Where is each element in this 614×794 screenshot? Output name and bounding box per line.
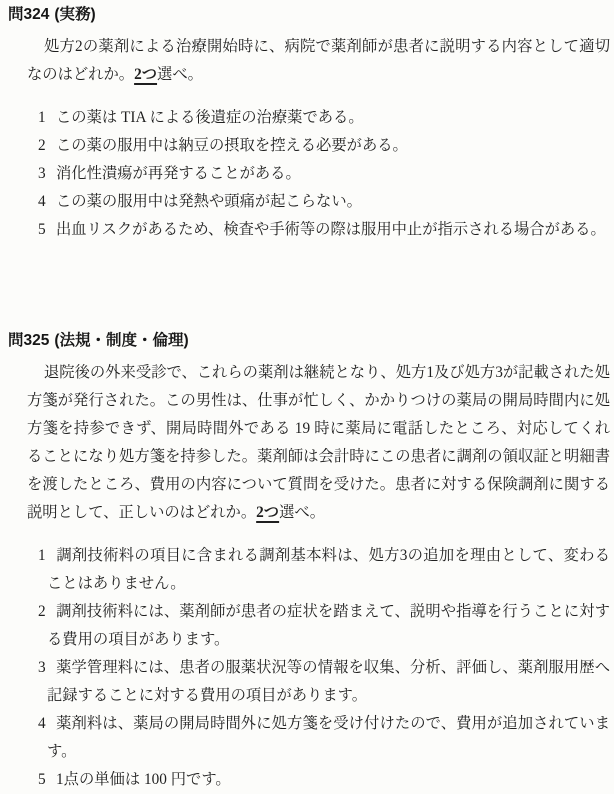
question-325-header: 問325(法規・制度・倫理) — [8, 330, 610, 352]
option-number: 4 — [38, 188, 56, 216]
question-body-tail: 選べ。 — [279, 504, 325, 521]
option-row: 51点の単価は 100 円です。 — [8, 766, 610, 794]
question-324-body: 処方2の薬剤による治療開始時に、病院で薬剤師が患者に説明する内容として適切なのは… — [27, 33, 610, 89]
option-number: 4 — [38, 710, 56, 738]
option-row: 4この薬の服用中は発熱や頭痛が起こらない。 — [8, 188, 610, 216]
question-325-options: 1調剤技術料の項目に含まれる調剤基本料は、処方3の追加を理由として、変わることは… — [8, 542, 610, 794]
option-row: 1調剤技術料の項目に含まれる調剤基本料は、処方3の追加を理由として、変わることは… — [8, 542, 610, 598]
option-number: 5 — [38, 216, 56, 244]
select-two-emphasis: 2つ — [256, 504, 279, 521]
question-324: 問324(実務) 処方2の薬剤による治療開始時に、病院で薬剤師が患者に説明する内… — [8, 4, 610, 244]
exam-page: 問324(実務) 処方2の薬剤による治療開始時に、病院で薬剤師が患者に説明する内… — [0, 0, 614, 794]
option-row: 5出血リスクがあるため、検査や手術等の際は服用中止が指示される場合がある。 — [8, 216, 610, 244]
option-row: 3消化性潰瘍が再発することがある。 — [8, 160, 610, 188]
option-number: 5 — [38, 766, 56, 794]
option-number: 2 — [38, 132, 56, 160]
question-325-body: 退院後の外来受診で、これらの薬剤は継続となり、処方1及び処方3が記載された処方箋… — [27, 359, 610, 527]
option-text: 調剤技術料には、薬剤師が患者の症状を踏まえて、説明や指導を行うことに対する費用の… — [47, 603, 610, 648]
question-body-tail: 選べ。 — [157, 66, 203, 83]
option-number: 1 — [38, 542, 56, 570]
option-row: 1この薬は TIA による後遺症の治療薬である。 — [8, 104, 610, 132]
option-number: 2 — [38, 598, 56, 626]
option-number: 3 — [38, 160, 56, 188]
option-row: 4薬剤料は、薬局の開局時間外に処方箋を受け付けたので、費用が追加されています。 — [8, 710, 610, 766]
option-row: 3薬学管理料には、患者の服薬状況等の情報を収集、分析、評価し、薬剤服用歴へ記録す… — [8, 654, 610, 710]
question-body-text: 処方2の薬剤による治療開始時に、病院で薬剤師が患者に説明する内容として適切なのは… — [27, 38, 610, 83]
question-number: 問325 — [8, 332, 49, 349]
option-number: 1 — [38, 104, 56, 132]
question-324-options: 1この薬は TIA による後遺症の治療薬である。 2この薬の服用中は納豆の摂取を… — [8, 104, 610, 244]
option-text: 出血リスクがあるため、検査や手術等の際は服用中止が指示される場合がある。 — [56, 221, 606, 238]
option-row: 2この薬の服用中は納豆の摂取を控える必要がある。 — [8, 132, 610, 160]
option-number: 3 — [38, 654, 56, 682]
option-text: 薬学管理料には、患者の服薬状況等の情報を収集、分析、評価し、薬剤服用歴へ記録する… — [47, 659, 610, 704]
select-two-emphasis: 2つ — [134, 66, 157, 83]
question-number: 問324 — [8, 6, 49, 23]
option-text: 薬剤料は、薬局の開局時間外に処方箋を受け付けたので、費用が追加されています。 — [47, 715, 610, 760]
option-text: この薬の服用中は納豆の摂取を控える必要がある。 — [56, 137, 408, 154]
question-324-header: 問324(実務) — [8, 4, 610, 26]
option-text: この薬の服用中は発熱や頭痛が起こらない。 — [56, 193, 362, 210]
question-category: (実務) — [54, 6, 95, 23]
option-text: この薬は TIA による後遺症の治療薬である。 — [56, 109, 364, 126]
question-category: (法規・制度・倫理) — [54, 332, 188, 349]
option-text: 調剤技術料の項目に含まれる調剤基本料は、処方3の追加を理由として、変わることはあ… — [47, 547, 610, 592]
question-body-text: 退院後の外来受診で、これらの薬剤は継続となり、処方1及び処方3が記載された処方箋… — [27, 364, 610, 521]
option-row: 2調剤技術料には、薬剤師が患者の症状を踏まえて、説明や指導を行うことに対する費用… — [8, 598, 610, 654]
question-325: 問325(法規・制度・倫理) 退院後の外来受診で、これらの薬剤は継続となり、処方… — [8, 330, 610, 794]
option-text: 1点の単価は 100 円です。 — [56, 771, 231, 788]
option-text: 消化性潰瘍が再発することがある。 — [56, 165, 301, 182]
